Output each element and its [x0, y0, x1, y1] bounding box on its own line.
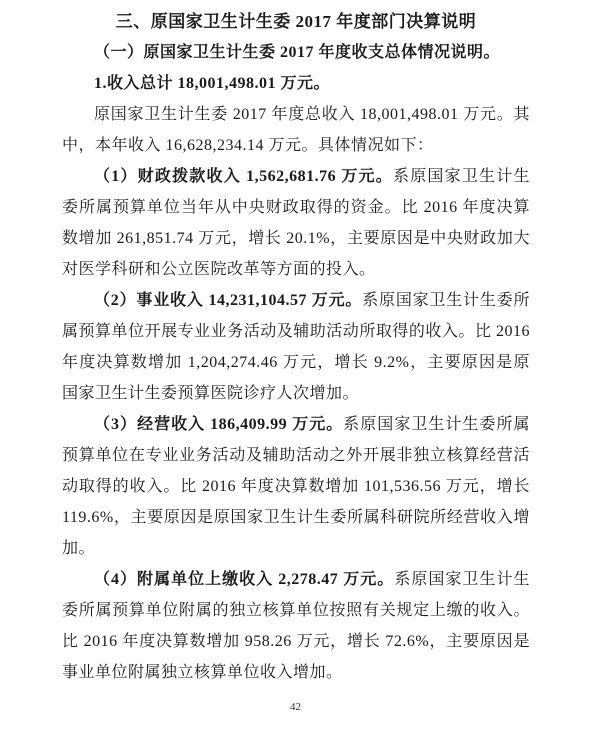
item-lead-operating-income: （2）事业收入 14,231,104.57 万元。	[94, 292, 362, 309]
item-paragraph-affiliated-units: （4）附属单位上缴收入 2,278.47 万元。系原国家卫生计生委所属预算单位附…	[62, 564, 530, 688]
subsection-heading-income-total: 1.收入总计 18,001,498.01 万元。	[62, 68, 530, 99]
item-paragraph-fiscal-appropriation: （1）财政拨款收入 1,562,681.76 万元。系原国家卫生计生委所属预算单…	[62, 161, 530, 285]
document-page: 三、原国家卫生计生委 2017 年度部门决算说明 （一）原国家卫生计生委 201…	[0, 0, 591, 748]
item-paragraph-business-income: （3）经营收入 186,409.99 万元。系原国家卫生计生委所属预算单位在专业…	[62, 409, 530, 564]
item-paragraph-operating-income: （2）事业收入 14,231,104.57 万元。系原国家卫生计生委所属预算单位…	[62, 285, 530, 409]
item-lead-affiliated-units: （4）附属单位上缴收入 2,278.47 万元。	[94, 571, 394, 588]
item-lead-business-income: （3）经营收入 186,409.99 万元。	[94, 416, 343, 433]
document-body: 三、原国家卫生计生委 2017 年度部门决算说明 （一）原国家卫生计生委 201…	[62, 6, 530, 688]
intro-paragraph: 原国家卫生计生委 2017 年度总收入 18,001,498.01 万元。其中，…	[62, 99, 530, 161]
page-title: 三、原国家卫生计生委 2017 年度部门决算说明	[62, 6, 530, 37]
item-body-business-income: 系原国家卫生计生委所属预算单位在专业业务活动及辅助活动之外开展非独立核算经营活动…	[62, 416, 530, 557]
item-lead-fiscal-appropriation: （1）财政拨款收入 1,562,681.76 万元。	[94, 168, 393, 185]
page-number: 42	[0, 700, 591, 714]
section-heading-overview: （一）原国家卫生计生委 2017 年度收支总体情况说明。	[62, 37, 530, 68]
